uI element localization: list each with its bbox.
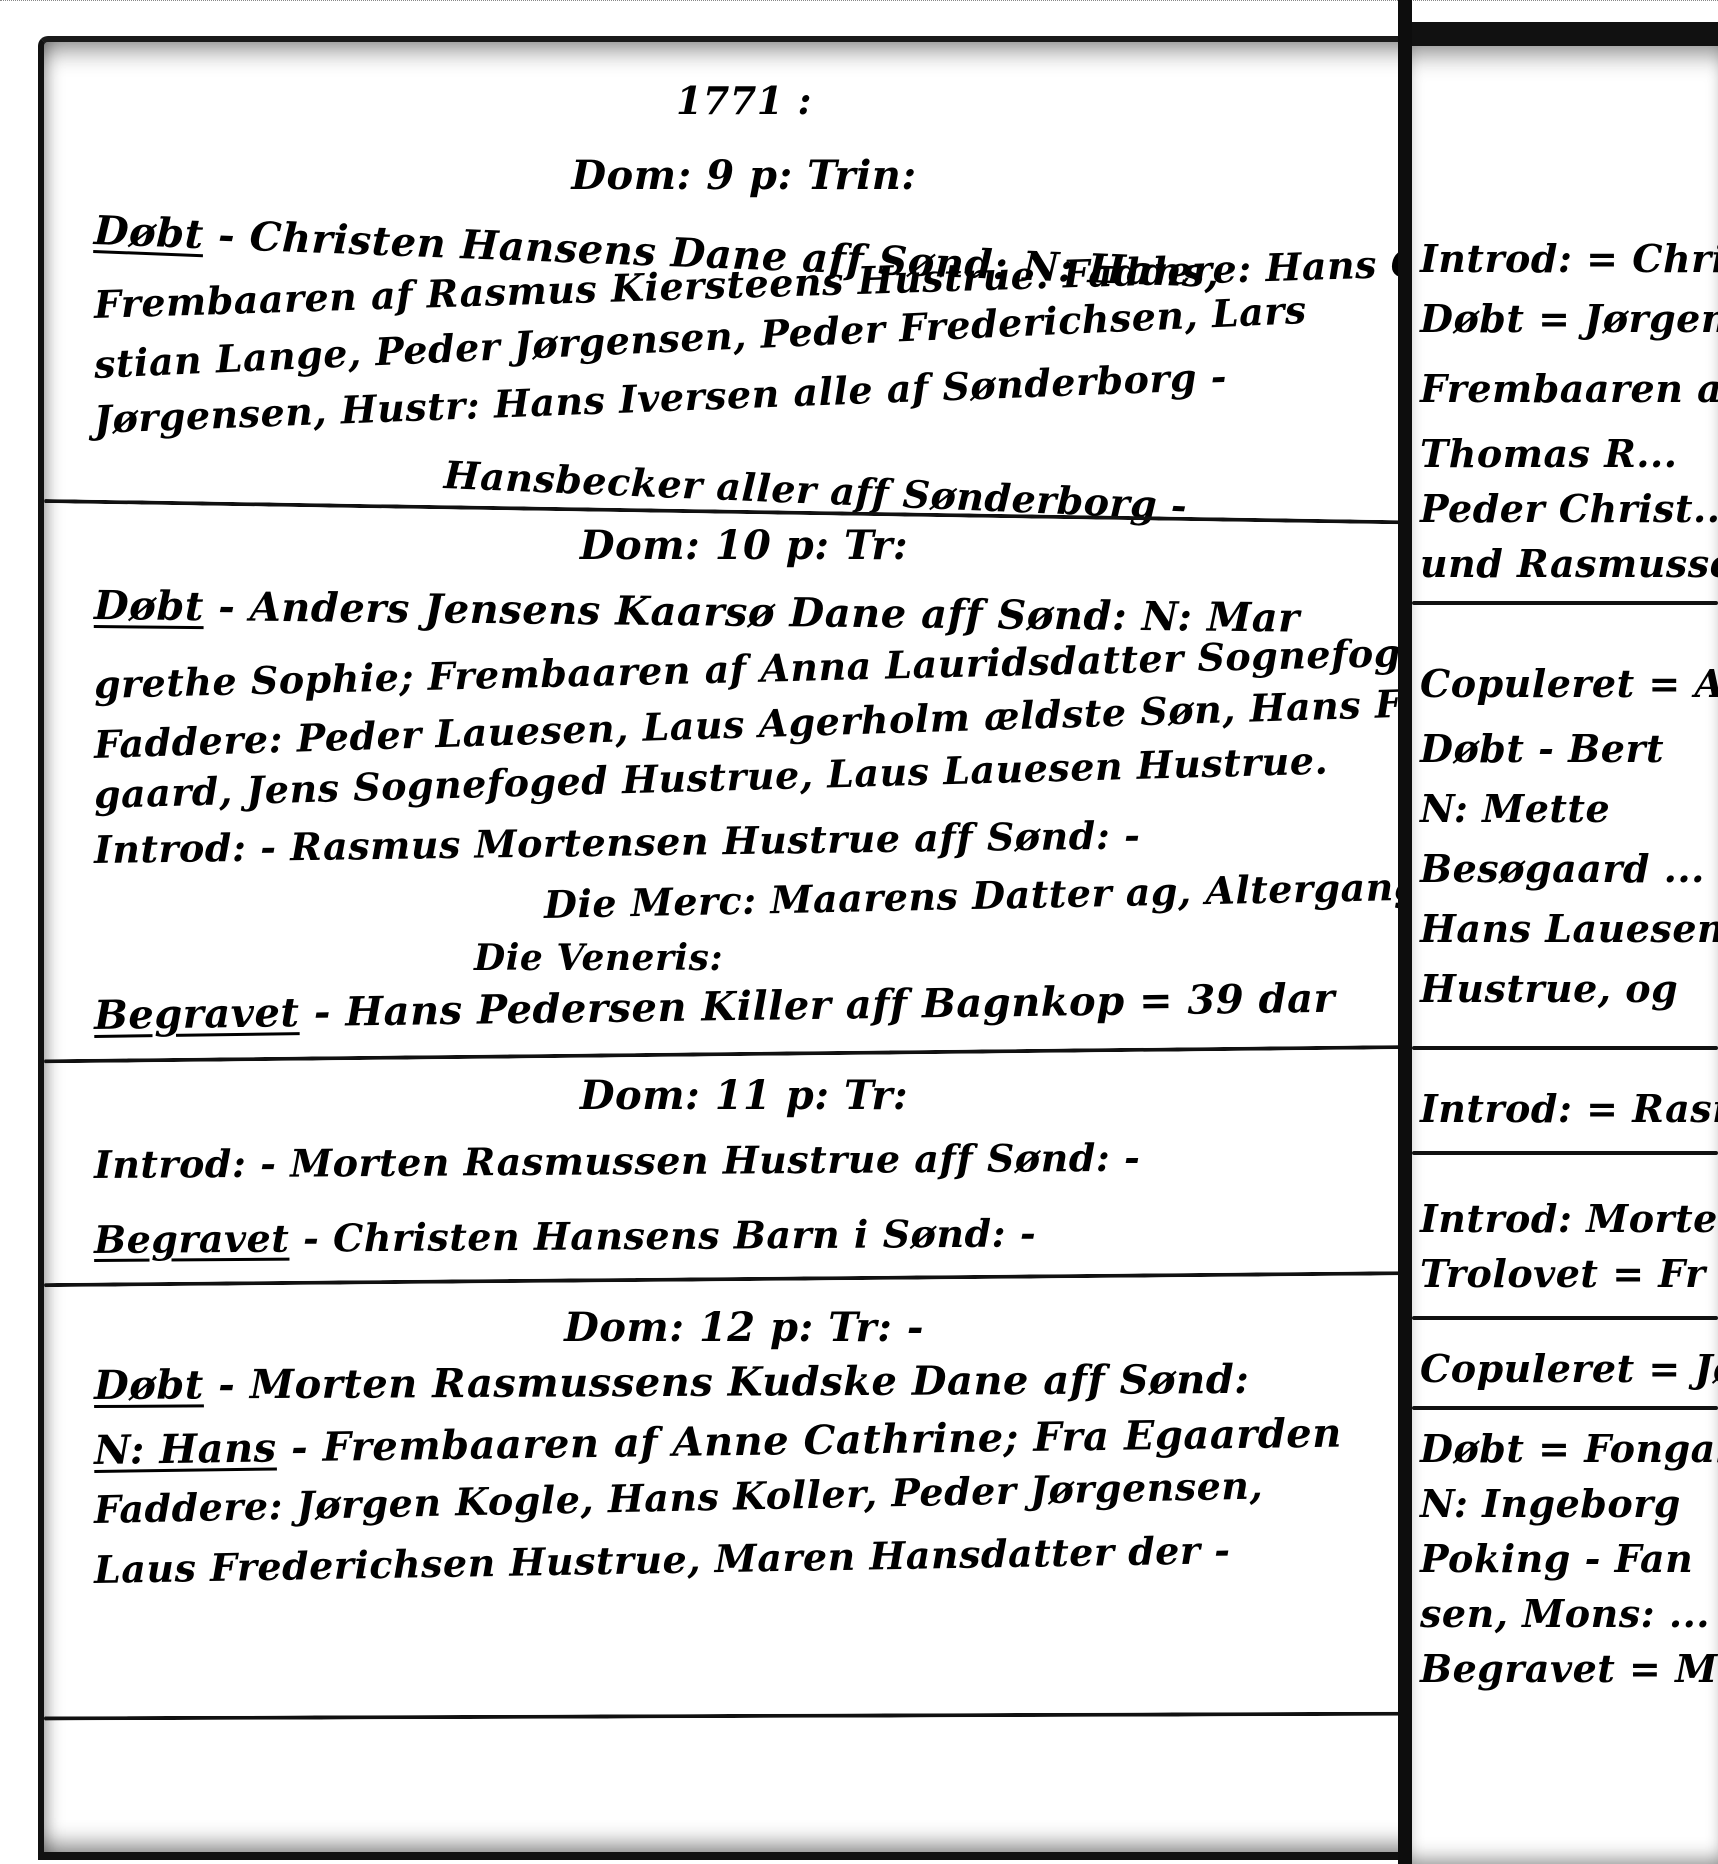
section-heading-sunday-9: Dom: 9 p: Trin: — [44, 152, 1444, 199]
section-divider — [1412, 1046, 1718, 1050]
entry-line: Peder Christ... — [1420, 486, 1718, 531]
entry-line: Besøgaard ... — [1420, 846, 1705, 891]
entry-line: Poking - Fan — [1420, 1536, 1693, 1581]
entry-type-label: Introd: — [94, 1141, 247, 1187]
section-divider — [44, 1271, 1444, 1287]
entry-type-label: Døbt — [94, 1361, 204, 1409]
entry-line: Døbt = Jørgen — [1420, 296, 1718, 341]
entry-line: Copuleret = An — [1420, 661, 1718, 706]
entry-line: N: Ingeborg — [1420, 1481, 1681, 1526]
section-divider — [1412, 1151, 1718, 1155]
entry-type-label: Begravet — [94, 989, 300, 1039]
entry-line: Introd: = Rasm — [1420, 1086, 1718, 1131]
entry-type-label: Døbt — [94, 582, 204, 630]
entry-type-label: Introd: — [94, 825, 247, 872]
entry-line: Døbt = Fongal — [1420, 1426, 1718, 1471]
entry-line: Introd: - Rasmus Mortensen Hustrue aff S… — [94, 812, 1141, 872]
section-divider — [44, 1712, 1444, 1721]
section-divider — [1412, 1316, 1718, 1320]
entry-line: N: Mette — [1420, 786, 1610, 831]
entry-line: Døbt - Morten Rasmussens Kudske Dane aff… — [94, 1356, 1250, 1409]
child-name: N: Hans — [94, 1424, 277, 1474]
section-divider — [1412, 1406, 1718, 1410]
section-divider — [1412, 601, 1718, 605]
entry-line: Introd: = Chri — [1420, 236, 1718, 281]
entry-line: und Rasmussen — [1420, 541, 1718, 586]
entry-line: Døbt - Bert — [1420, 726, 1664, 771]
entry-type-label: Begravet — [94, 1216, 290, 1262]
section-heading-sunday-10: Dom: 10 p: Tr: — [44, 522, 1444, 569]
section-heading-sunday-11: Dom: 11 p: Tr: — [44, 1072, 1444, 1119]
entry-line: Introd: Morten — [1420, 1196, 1718, 1241]
entry-line: Die Veneris: — [474, 937, 723, 979]
entry-line: Faddere: Jørgen Kogle, Hans Koller, Pede… — [94, 1463, 1264, 1532]
section-heading-sunday-12: Dom: 12 p: Tr: - — [44, 1304, 1444, 1351]
entry-line: Introd: - Morten Rasmussen Hustrue aff S… — [94, 1135, 1141, 1187]
left-page: 1771 : Dom: 9 p: Trin: Døbt - Christen H… — [38, 36, 1444, 1860]
entry-line: Hans Lauesen — [1420, 906, 1718, 951]
entry-line: Døbt - Anders Jensens Kaarsø Dane aff Sø… — [94, 582, 1300, 642]
page-year: 1771 : — [44, 78, 1444, 123]
entry-line: Copuleret = Jørg — [1420, 1346, 1718, 1391]
entry-line: Begravet - Christen Hansens Barn i Sønd:… — [94, 1210, 1036, 1262]
entry-line: Begravet = Mor — [1420, 1646, 1718, 1691]
book-gutter — [1398, 0, 1412, 1864]
entry-line: Hustrue, og — [1420, 966, 1678, 1011]
entry-line: Die Merc: Maarens Datter ag, Altergang — [544, 864, 1422, 927]
entry-line: Frembaaren af — [1420, 366, 1718, 411]
section-divider — [44, 1045, 1444, 1064]
entry-line: Thomas R... — [1420, 431, 1677, 476]
entry-type-label: Døbt — [93, 207, 205, 258]
entry-line: sen, Mons: ... — [1420, 1591, 1710, 1636]
right-page: Introd: = Chri Døbt = Jørgen Frembaaren … — [1412, 22, 1718, 1864]
entry-line: Trolovet = Fr — [1420, 1251, 1706, 1296]
entry-line: Laus Frederichsen Hustrue, Maren Hansdat… — [94, 1527, 1231, 1592]
entry-line: Begravet - Hans Pedersen Killer aff Bagn… — [94, 975, 1336, 1039]
scan-edge — [0, 0, 1718, 3]
